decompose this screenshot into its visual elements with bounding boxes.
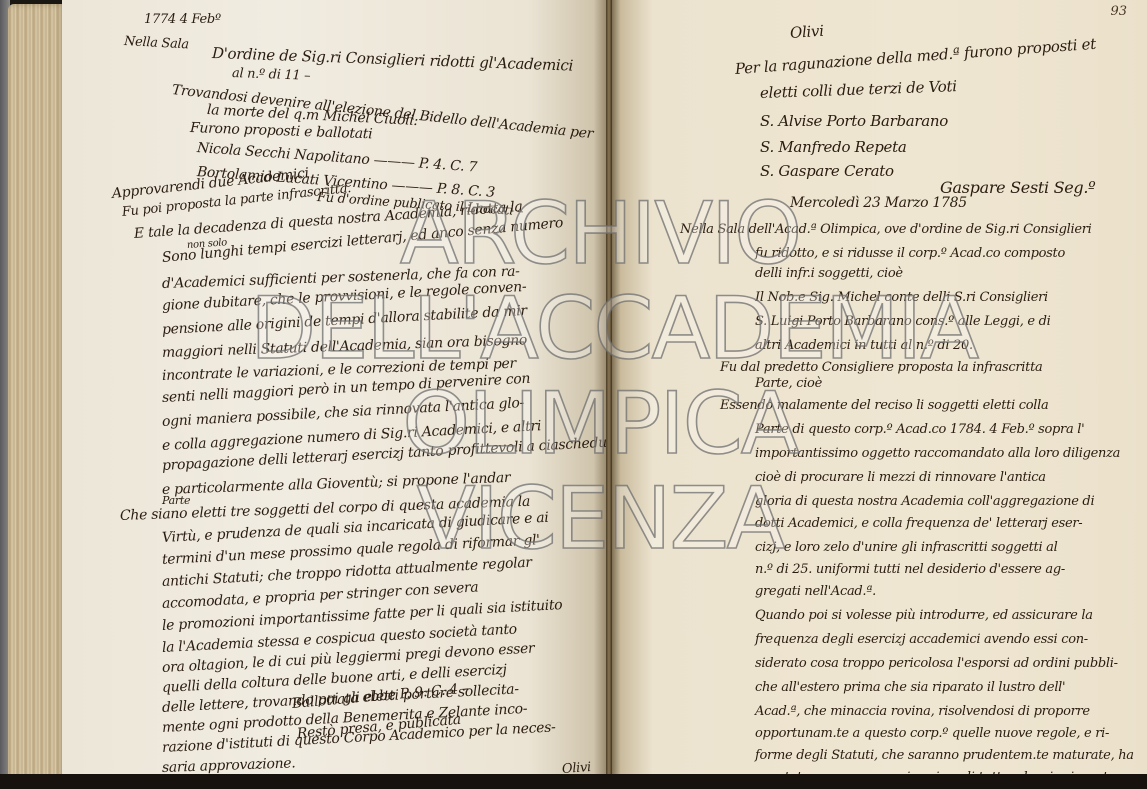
book-gutter (606, 0, 612, 778)
manuscript-line: S. Manfredo Repeta (760, 138, 906, 156)
manuscript-line: cizj, e loro zelo d'unire gli infrascrit… (755, 540, 1058, 555)
manuscript-line: S. Gaspare Cerato (760, 162, 894, 180)
manuscript-line: n.º di 25. uniformi tutti nel desiderio … (755, 562, 1065, 577)
manuscript-line: che all'estero prima che sia riparato il… (755, 680, 1065, 695)
manuscript-line: S. Alvise Porto Barbarano (760, 112, 948, 130)
manuscript-line: altri Academici in tutti al n.º di 20. (755, 338, 973, 353)
right-page: 93 OliviPer la ragunazione della med.ª f… (610, 0, 1147, 778)
manuscript-line: Nella Sala dell'Acad.ª Olimpica, ove d'o… (680, 222, 1091, 237)
scan-bottom-edge (0, 774, 1147, 789)
manuscript-line: Il Nob.e Sig. Michel conte delli S.ri Co… (755, 290, 1048, 305)
page-stack-edge (8, 4, 66, 780)
manuscript-line: 1774 4 Febº (144, 12, 221, 27)
manuscript-line: eletti colli due terzi de Voti (760, 77, 957, 102)
manuscript-line: gregati nell'Acad.ª. (755, 584, 876, 599)
manuscript-line: saria approvazione. (162, 755, 296, 776)
manuscript-line: forme degli Statuti, che saranno prudent… (755, 748, 1134, 763)
manuscript-line: opportunam.te a questo corp.º quelle nuo… (755, 726, 1109, 741)
manuscript-line: e particolarmente alla Gioventù; si prop… (162, 470, 511, 498)
manuscript-line: gloria di questa nostra Academia coll'ag… (755, 494, 1094, 509)
manuscript-line: Mercoledì 23 Marzo 1785 (790, 195, 967, 211)
manuscript-line: Parte, cioè (755, 376, 822, 391)
manuscript-line: Nella Sala (124, 34, 190, 52)
manuscript-line: Essendo malamente del reciso li soggetti… (720, 398, 1048, 413)
open-book-scan: 1774 4 FebºNella SalaD'ordine de Sig.ri … (0, 0, 1147, 789)
left-page: 1774 4 FebºNella SalaD'ordine de Sig.ri … (62, 0, 610, 778)
manuscript-line: importantissimo oggetto raccomandato all… (755, 446, 1120, 461)
manuscript-line: frequenza degli esercizj accademici aven… (755, 632, 1088, 647)
manuscript-line: Acad.ª, che minaccia rovina, risolvendos… (755, 704, 1090, 719)
manuscript-line: Per la ragunazione della med.ª furono pr… (734, 35, 1096, 78)
manuscript-line: Olivi (789, 22, 824, 42)
page-number: 93 (1110, 4, 1127, 19)
manuscript-line: Fu dal predetto Consigliere proposta la … (720, 360, 1042, 375)
manuscript-line: dotti Academici, e colla frequenza de' l… (755, 516, 1082, 531)
manuscript-line: siderato cosa troppo pericolosa l'espors… (755, 656, 1118, 671)
manuscript-line: S. Luigi Porto Barbarano cons.º alle Leg… (755, 314, 1051, 329)
manuscript-line: Quando poi si volesse più introdurre, ed… (755, 608, 1093, 623)
manuscript-line: fu ridotto, e si ridusse il corp.º Acad.… (755, 246, 1065, 261)
manuscript-line: Parte di questo corp.º Acad.co 1784. 4 F… (755, 422, 1084, 437)
manuscript-line: delli infr.i soggetti, cioè (755, 266, 903, 281)
manuscript-line: al n.º di 11 – (232, 66, 311, 84)
manuscript-line: cioè di procurare li mezzi di rinnovare … (755, 470, 1046, 485)
